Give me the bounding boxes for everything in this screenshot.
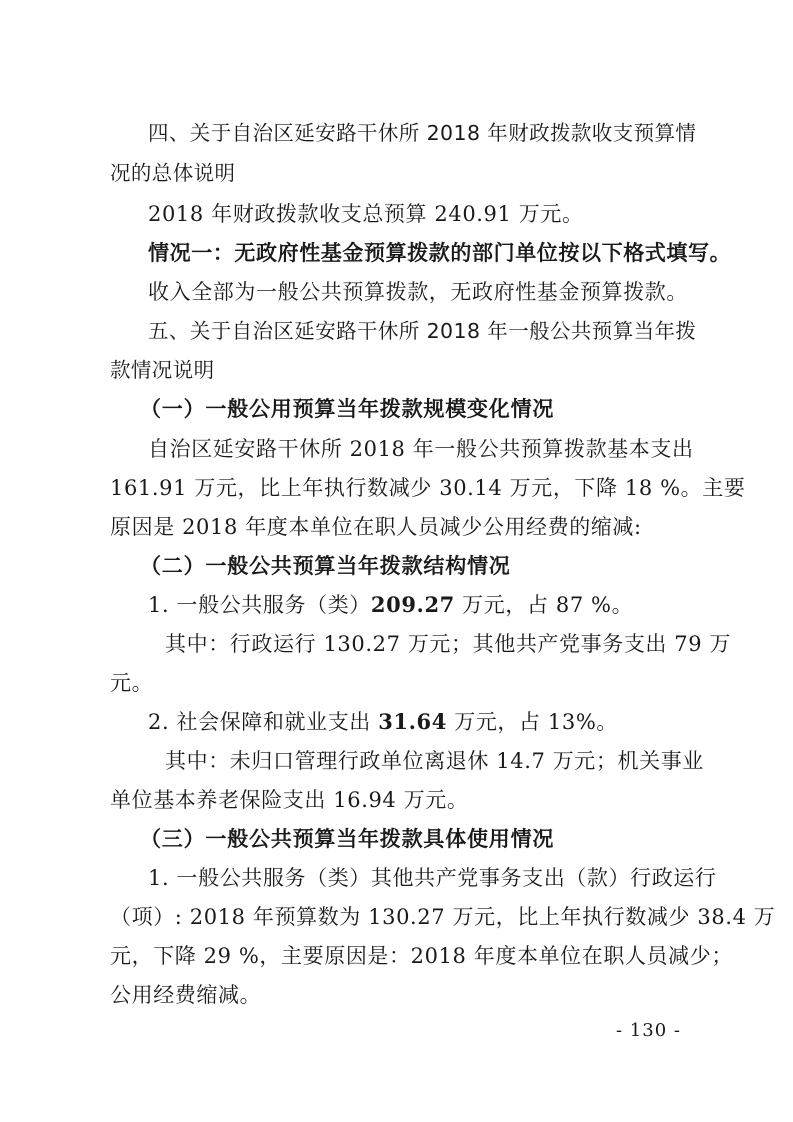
part3-line3: 元，下降 29 %，主要原因是：2018 年度本单位在职人员减少；	[110, 941, 700, 971]
part2-item2-suffix: 万元，占 13%。	[447, 710, 618, 734]
part1-heading: （一）一般公用预算当年拨款规模变化情况	[140, 394, 730, 424]
part3-line1: 1. 一般公共服务（类）其他共产党事务支出（款）行政运行	[148, 863, 738, 893]
part2-item1-detail-line2: 元。	[110, 668, 700, 698]
section4-title-line1: 四、关于自治区延安路干休所 2018 年财政拨款收支预算情	[148, 118, 738, 148]
part3-line2: （项）: 2018 年预算数为 130.27 万元，比上年执行数减少 38.4 …	[110, 902, 700, 932]
document-page: 四、关于自治区延安路干休所 2018 年财政拨款收支预算情 况的总体说明 201…	[0, 0, 793, 1122]
part2-item1: 1. 一般公共服务（类）209.27 万元，占 87 %。	[148, 590, 738, 620]
part1-line1: 自治区延安路干休所 2018 年一般公共预算拨款基本支出	[148, 434, 738, 464]
part1-line2: 161.91 万元，比上年执行数减少 30.14 万元，下降 18 %。主要	[110, 473, 700, 503]
section5-title-line2: 款情况说明	[110, 355, 700, 385]
part3-line4: 公用经费缩减。	[110, 980, 700, 1010]
part2-item1-suffix: 万元，占 87 %。	[455, 593, 633, 617]
part2-item2-amount: 31.64	[378, 709, 447, 734]
part2-item1-detail-line1: 其中：行政运行 130.27 万元；其他共产党事务支出 79 万	[165, 629, 755, 659]
page-number: - 130 -	[616, 1019, 681, 1043]
part2-item2-detail-line2: 单位基本养老保险支出 16.94 万元。	[110, 785, 700, 815]
situation1-text: 收入全部为一般公共预算拨款，无政府性基金预算拨款。	[148, 277, 738, 307]
part2-item2: 2. 社会保障和就业支出 31.64 万元，占 13%。	[148, 707, 738, 737]
part1-line3: 原因是 2018 年度本单位在职人员减少公用经费的缩减:	[110, 512, 700, 542]
part2-item1-amount: 209.27	[371, 592, 455, 617]
part2-item1-prefix: 1. 一般公共服务（类）	[148, 593, 371, 617]
part2-item2-prefix: 2. 社会保障和就业支出	[148, 710, 378, 734]
part3-heading: （三）一般公共预算当年拨款具体使用情况	[140, 824, 730, 854]
part2-heading: （二）一般公共预算当年拨款结构情况	[140, 551, 730, 581]
section5-title-line1: 五、关于自治区延安路干休所 2018 年一般公共预算当年拨	[148, 316, 738, 346]
section4-title-line2: 况的总体说明	[110, 158, 700, 188]
situation1-heading: 情况一：无政府性基金预算拨款的部门单位按以下格式填写。	[148, 238, 738, 268]
section4-total-budget: 2018 年财政拨款收支总预算 240.91 万元。	[148, 199, 738, 229]
part2-item2-detail-line1: 其中：未归口管理行政单位离退休 14.7 万元；机关事业	[165, 746, 755, 776]
